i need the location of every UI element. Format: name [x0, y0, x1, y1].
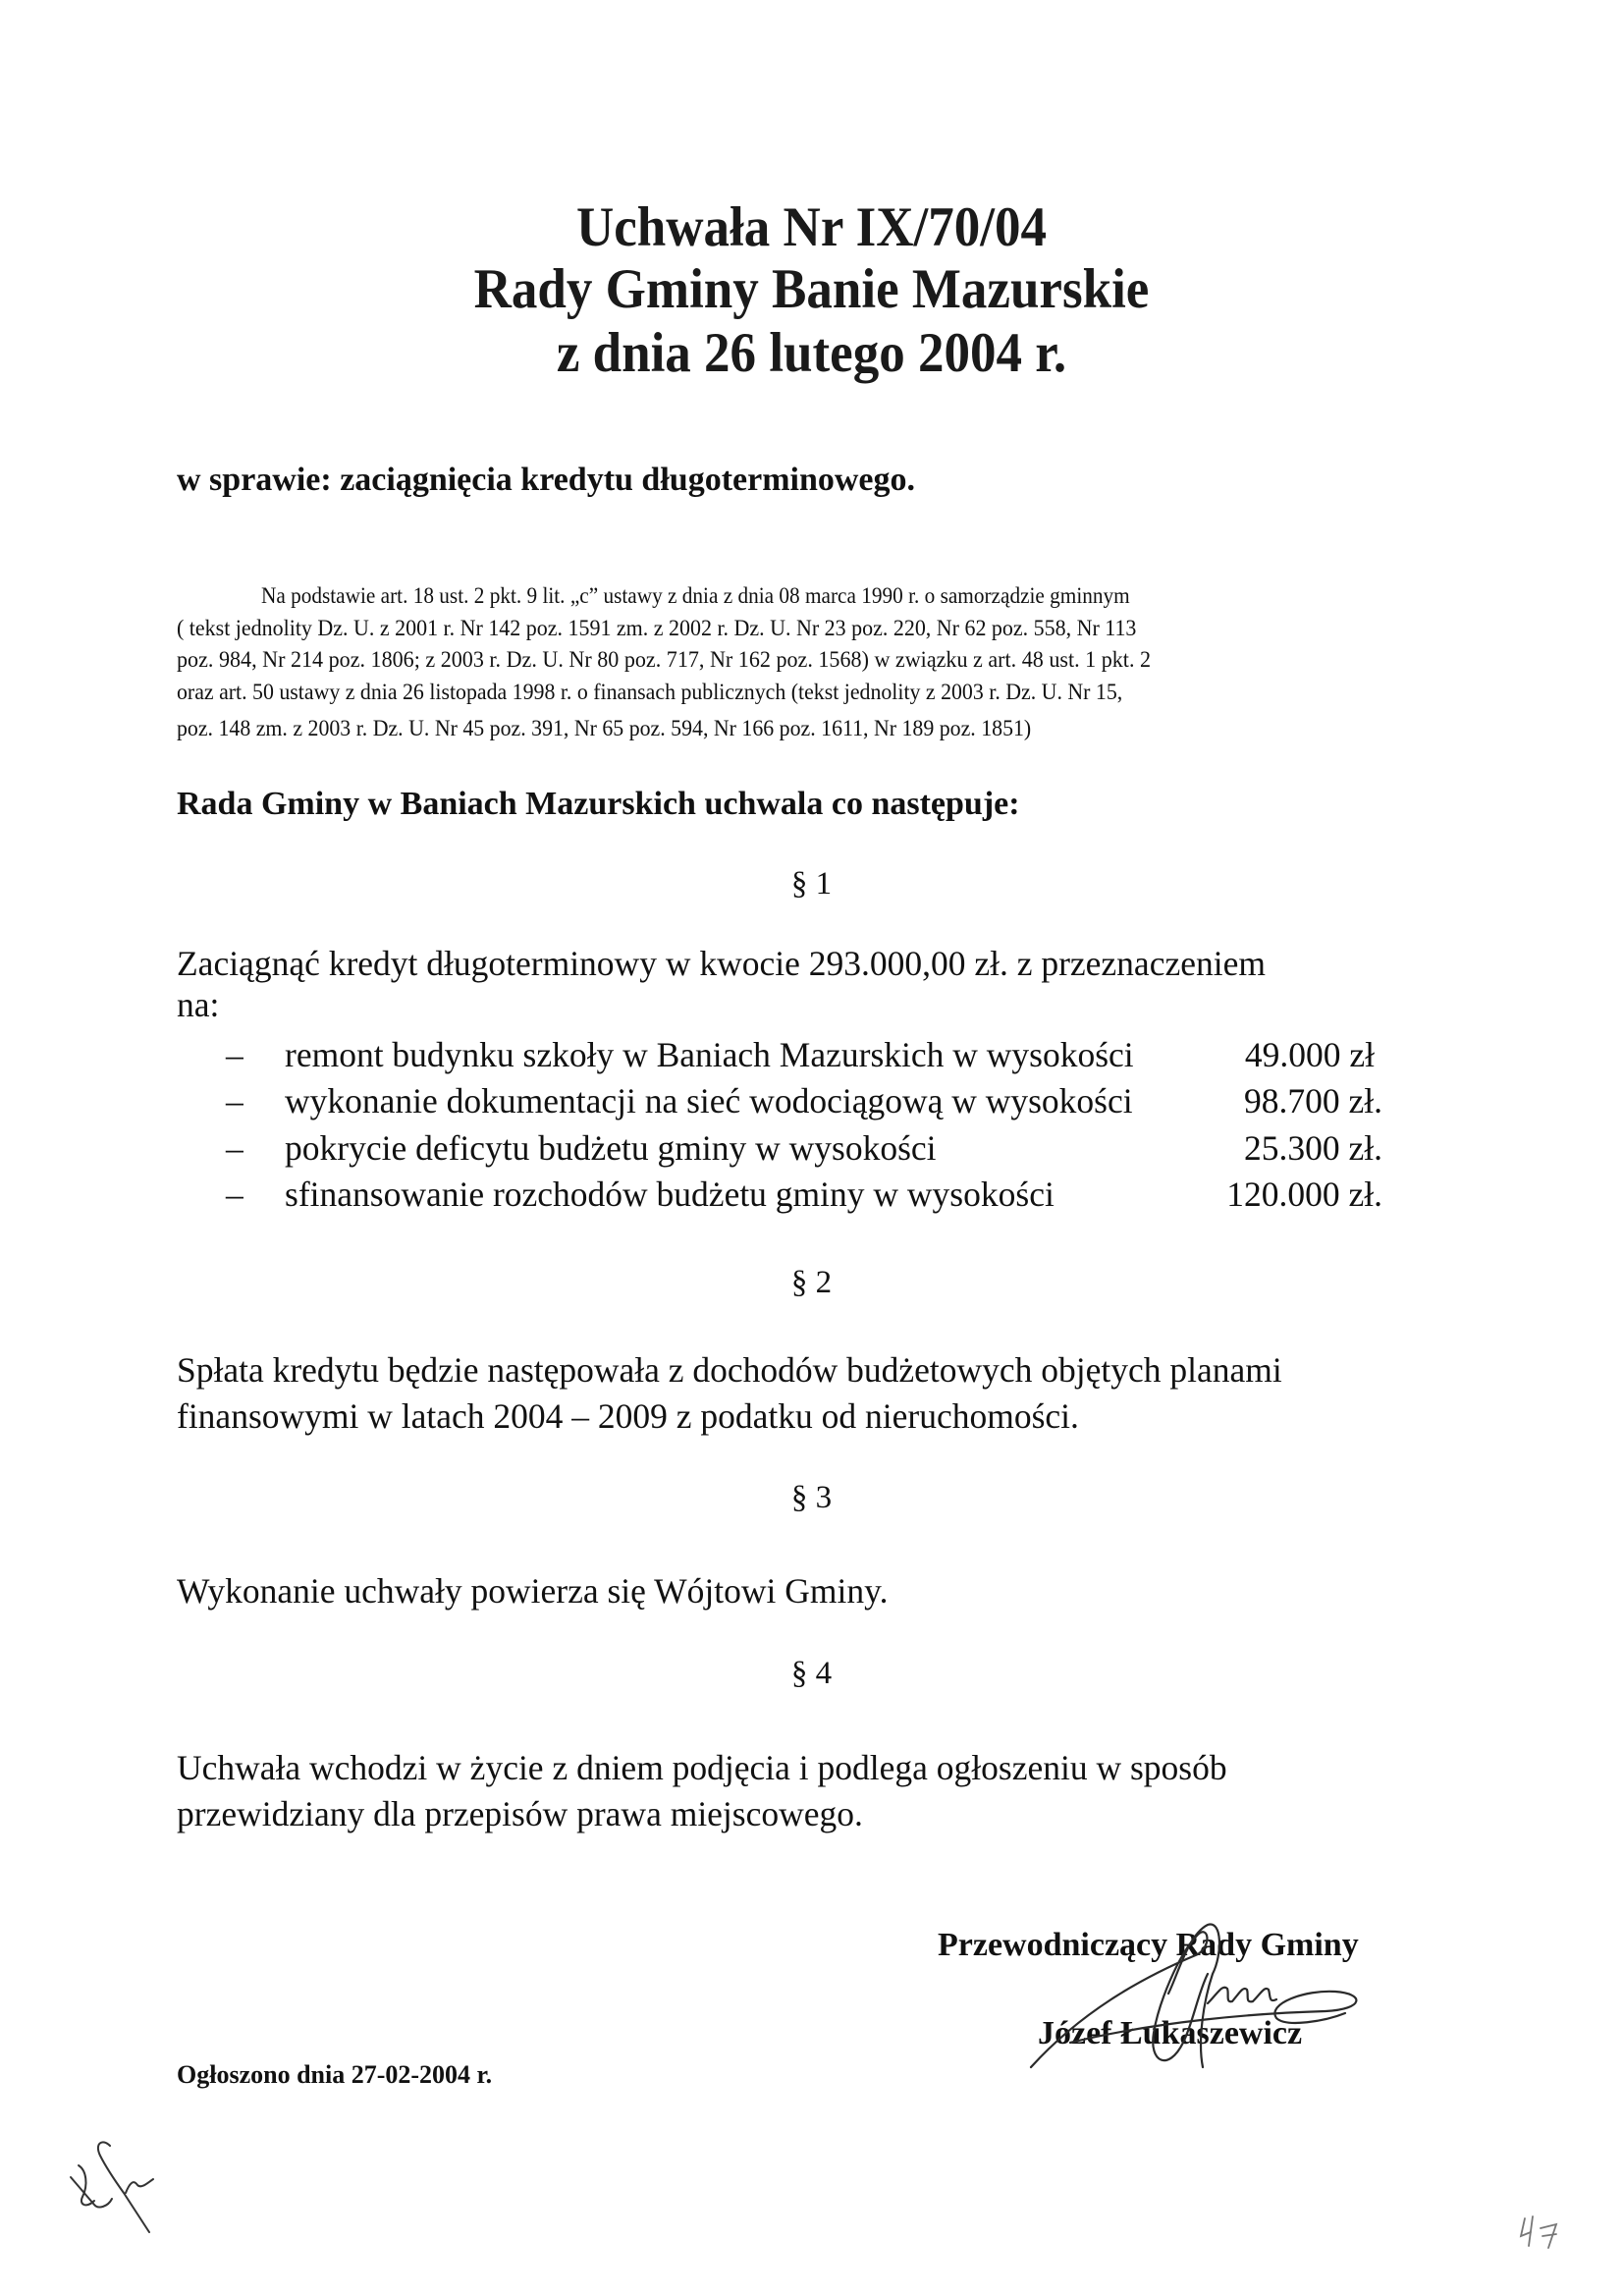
section-2-line: Spłata kredytu będzie następowała z doch…: [177, 1347, 1282, 1394]
allocation-description: wykonanie dokumentacji na sieć wodociągo…: [285, 1080, 1244, 1121]
legal-basis-line: ( tekst jednolity Dz. U. z 2001 r. Nr 14…: [177, 613, 1361, 645]
allocation-amount: 120.000 zł.: [1226, 1174, 1404, 1215]
allocation-description: pokrycie deficytu budżetu gminy w wysoko…: [285, 1127, 1244, 1169]
section-2-line: finansowymi w latach 2004 – 2009 z podat…: [177, 1394, 1282, 1440]
section-3-line: Wykonanie uchwały powierza się Wójtowi G…: [177, 1568, 888, 1614]
section-mark-2: § 2: [0, 1265, 1623, 1301]
legal-basis-paragraph: Na podstawie art. 18 ust. 2 pkt. 9 lit. …: [177, 580, 1443, 745]
allocation-description: sfinansowanie rozchodów budżetu gminy w …: [285, 1174, 1226, 1215]
section-3-text: Wykonanie uchwały powierza się Wójtowi G…: [177, 1568, 888, 1614]
handwritten-signature-icon: [1011, 1895, 1404, 2092]
resolution-title-council: Rady Gminy Banie Mazurskie: [57, 258, 1566, 321]
allocation-description: remont budynku szkoły w Baniach Mazurski…: [285, 1034, 1245, 1075]
section-1-text: Zaciągnąć kredyt długoterminowy w kwocie…: [177, 941, 1266, 1028]
legal-basis-line: Na podstawie art. 18 ust. 2 pkt. 9 lit. …: [177, 580, 1323, 613]
resolution-title-number: Uchwała Nr IX/70/04: [57, 196, 1566, 259]
allocation-amount: 49.000 zł: [1245, 1034, 1404, 1075]
allocation-list: – remont budynku szkoły w Baniach Mazurs…: [226, 1031, 1404, 1218]
allocation-item: – remont budynku szkoły w Baniach Mazurs…: [226, 1031, 1404, 1078]
list-dash: –: [226, 1080, 285, 1121]
allocation-item: – sfinansowanie rozchodów budżetu gminy …: [226, 1172, 1404, 1219]
section-4-text: Uchwała wchodzi w życie z dniem podjęcia…: [177, 1745, 1227, 1837]
list-dash: –: [226, 1034, 285, 1075]
list-dash: –: [226, 1127, 285, 1169]
allocation-item: – wykonanie dokumentacji na sieć wodocią…: [226, 1078, 1404, 1125]
legal-basis-line: oraz art. 50 ustawy z dnia 26 listopada …: [177, 677, 1355, 709]
allocation-item: – pokrycie deficytu budżetu gminy w wyso…: [226, 1124, 1404, 1172]
handwritten-page-number-icon: [1517, 2214, 1566, 2254]
resolution-title-date: z dnia 26 lutego 2004 r.: [57, 322, 1566, 385]
section-4-line: przewidziany dla przepisów prawa miejsco…: [177, 1791, 1227, 1837]
allocation-amount: 25.300 zł.: [1244, 1127, 1404, 1169]
resolution-subject: w sprawie: zaciągnięcia kredytu długoter…: [177, 462, 915, 499]
section-mark-3: § 3: [0, 1480, 1623, 1516]
section-mark-4: § 4: [0, 1656, 1623, 1692]
handwritten-initials-icon: [69, 2136, 177, 2244]
announcement-date: Ogłoszono dnia 27-02-2004 r.: [177, 2060, 492, 2090]
section-mark-1: § 1: [0, 866, 1623, 902]
legal-basis-line: poz. 984, Nr 214 poz. 1806; z 2003 r. Dz…: [177, 644, 1368, 677]
section-1-line: Zaciągnąć kredyt długoterminowy w kwocie…: [177, 941, 1266, 987]
legal-basis-line: poz. 148 zm. z 2003 r. Dz. U. Nr 45 poz.…: [177, 713, 1355, 745]
list-dash: –: [226, 1174, 285, 1215]
section-2-text: Spłata kredytu będzie następowała z doch…: [177, 1347, 1282, 1440]
council-resolves-heading: Rada Gminy w Baniach Mazurskich uchwala …: [177, 786, 1020, 823]
allocation-amount: 98.700 zł.: [1244, 1080, 1404, 1121]
section-4-line: Uchwała wchodzi w życie z dniem podjęcia…: [177, 1745, 1227, 1791]
section-1-line: na:: [177, 982, 1266, 1028]
